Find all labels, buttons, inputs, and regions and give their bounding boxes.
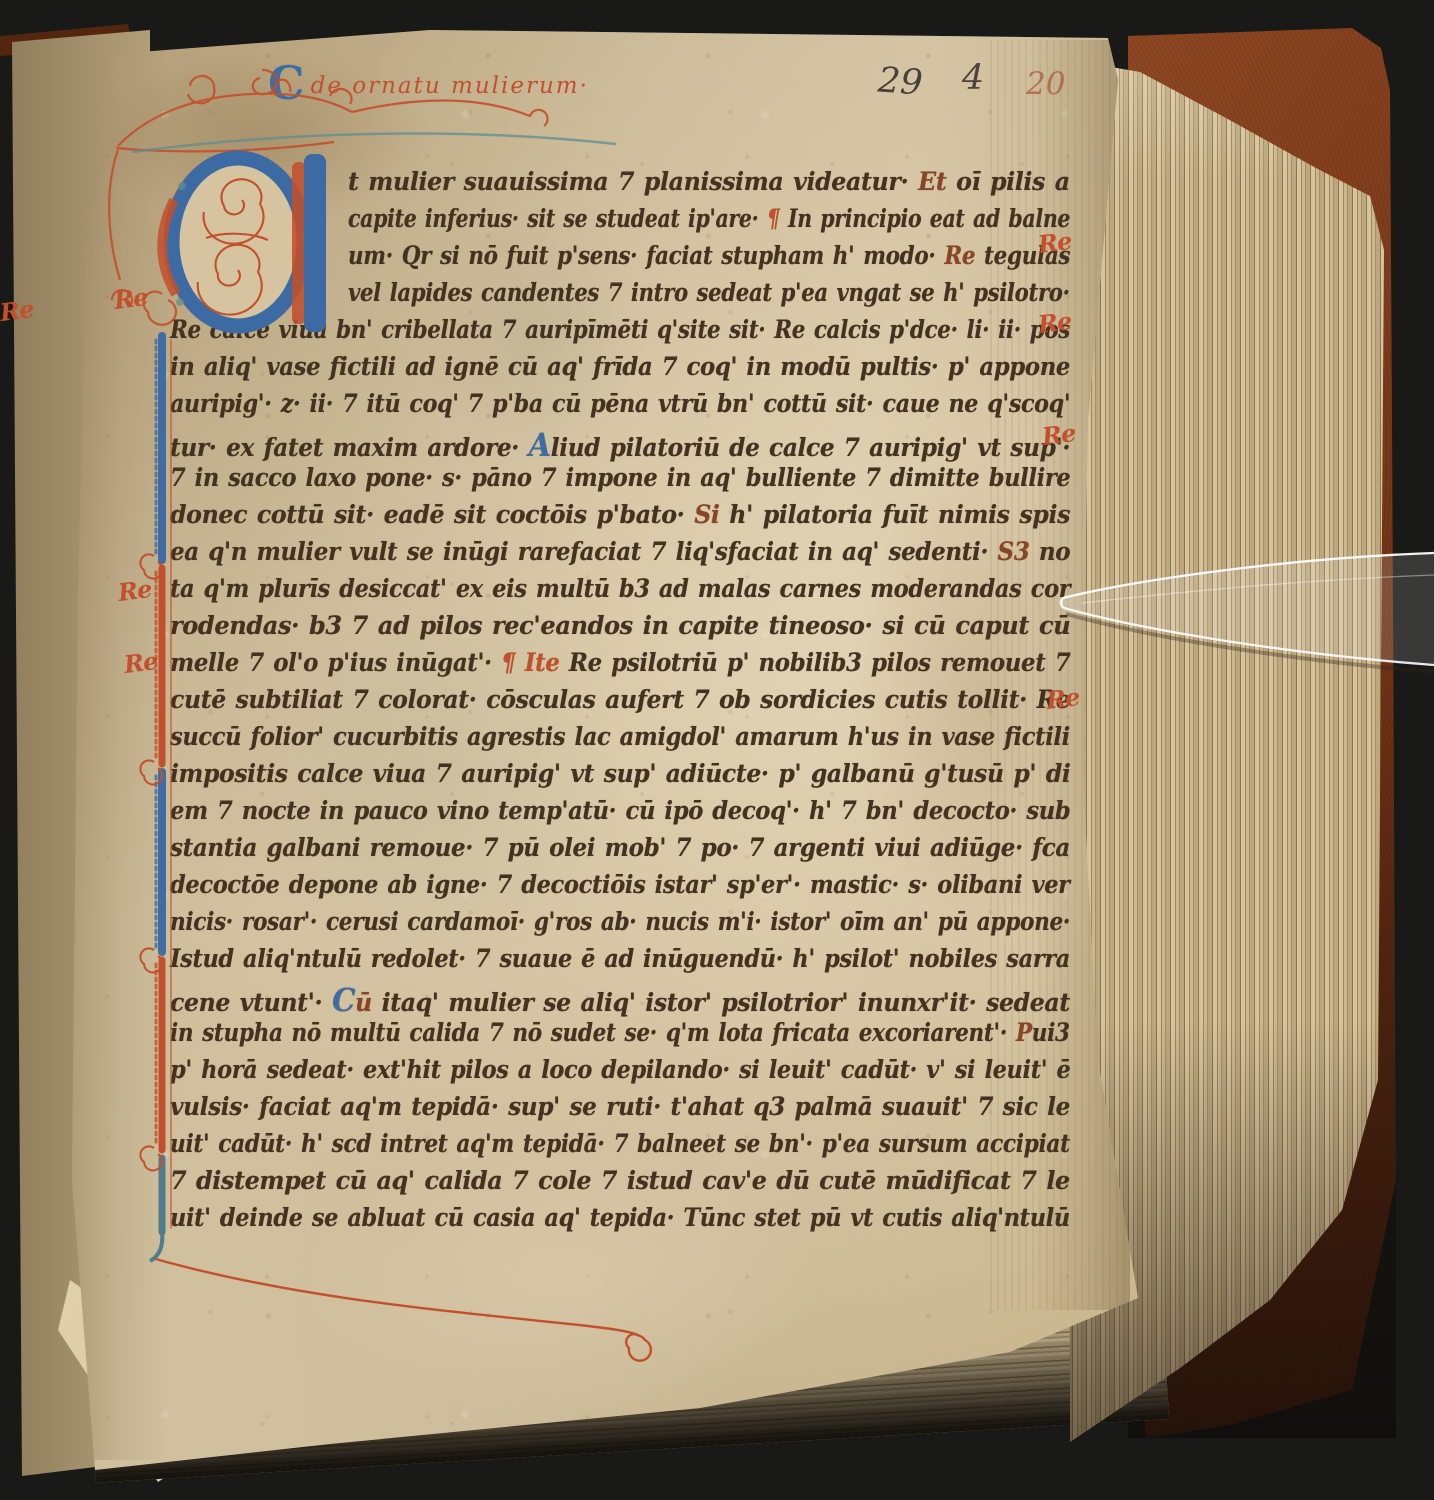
manuscript-photo-scene: U Cde ornatu mulierum· 29 4 20 v Re Re R… bbox=[0, 0, 1434, 1500]
transparent-pointer-bookmark bbox=[0, 0, 1434, 1500]
